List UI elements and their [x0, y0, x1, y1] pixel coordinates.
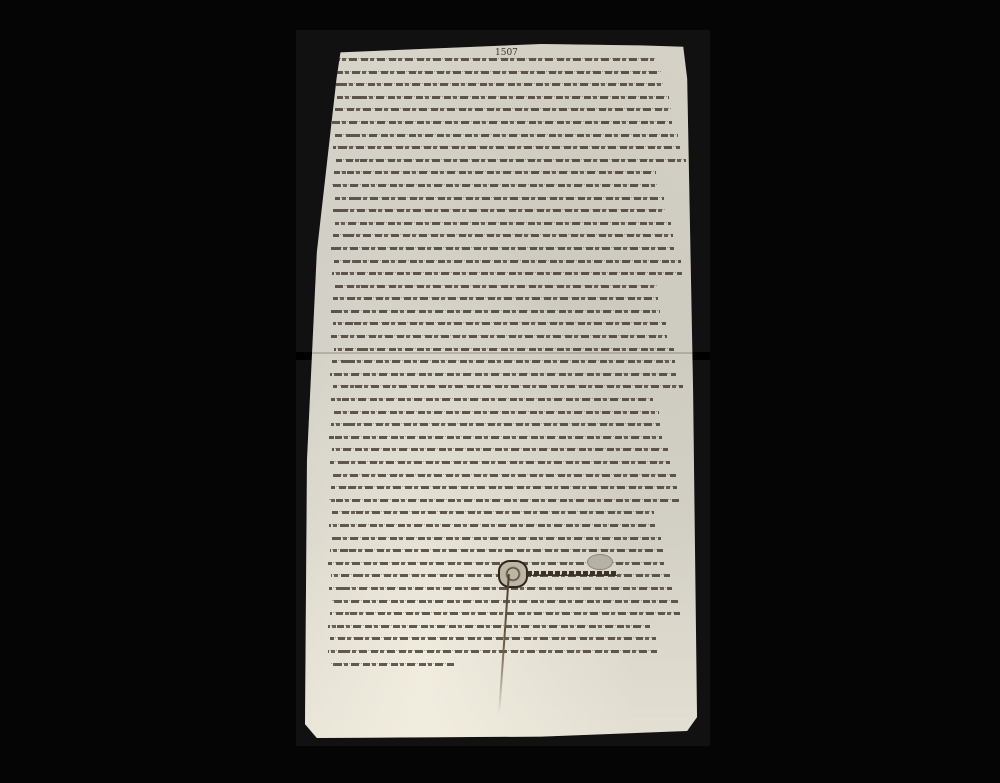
manuscript-line — [335, 197, 664, 200]
manuscript-line — [328, 650, 657, 653]
manuscript-line — [328, 625, 650, 628]
manuscript-line — [333, 385, 683, 388]
manuscript-line — [332, 121, 672, 124]
manuscript-line — [334, 171, 656, 174]
manuscript-line — [334, 260, 681, 263]
manuscript-line — [332, 448, 668, 451]
manuscript-line — [337, 96, 670, 99]
manuscript-line — [329, 524, 655, 527]
manuscript-line — [335, 285, 657, 288]
manuscript-line — [335, 108, 671, 111]
manuscript-line — [333, 322, 666, 325]
manuscript-line — [331, 310, 660, 313]
manuscript-line — [336, 159, 686, 162]
manuscript-line — [331, 247, 674, 250]
manuscript-line — [332, 360, 675, 363]
manuscript-line — [332, 511, 654, 514]
manuscript-line — [333, 58, 655, 61]
page-marker: 1507 — [495, 48, 518, 58]
manuscript-line — [334, 83, 663, 86]
manuscript-line — [335, 134, 678, 137]
parchment-document: 1507 illegible historical cursive script — [305, 44, 699, 738]
manuscript-line — [331, 663, 454, 666]
manuscript-line — [333, 234, 673, 237]
manuscript-line — [333, 474, 676, 477]
manuscript-line — [330, 461, 670, 464]
manuscript-line — [331, 335, 667, 338]
manuscript-line — [330, 373, 677, 376]
manuscript-line — [332, 272, 682, 275]
manuscript-line — [332, 184, 658, 187]
manuscript-line — [336, 71, 662, 74]
manuscript-line — [331, 486, 678, 489]
manuscript-line — [329, 436, 662, 439]
manuscript-line — [331, 423, 660, 426]
fold-line — [305, 352, 699, 354]
manuscript-line — [335, 222, 671, 225]
signature — [527, 571, 617, 576]
notarial-signum-icon — [498, 560, 528, 588]
manuscript-line — [334, 411, 660, 414]
manuscript-line — [333, 209, 666, 212]
manuscript-line — [333, 146, 680, 149]
manuscript-line — [330, 637, 656, 640]
manuscript-line — [331, 398, 653, 401]
manuscript-line — [330, 549, 663, 552]
manuscript-line — [329, 587, 672, 590]
manuscript-line — [328, 562, 664, 565]
oval-stamp-icon — [587, 554, 613, 570]
manuscript-line — [334, 348, 674, 351]
manuscript-line — [329, 499, 679, 502]
manuscript-line — [333, 297, 659, 300]
manuscript-line — [332, 537, 661, 540]
